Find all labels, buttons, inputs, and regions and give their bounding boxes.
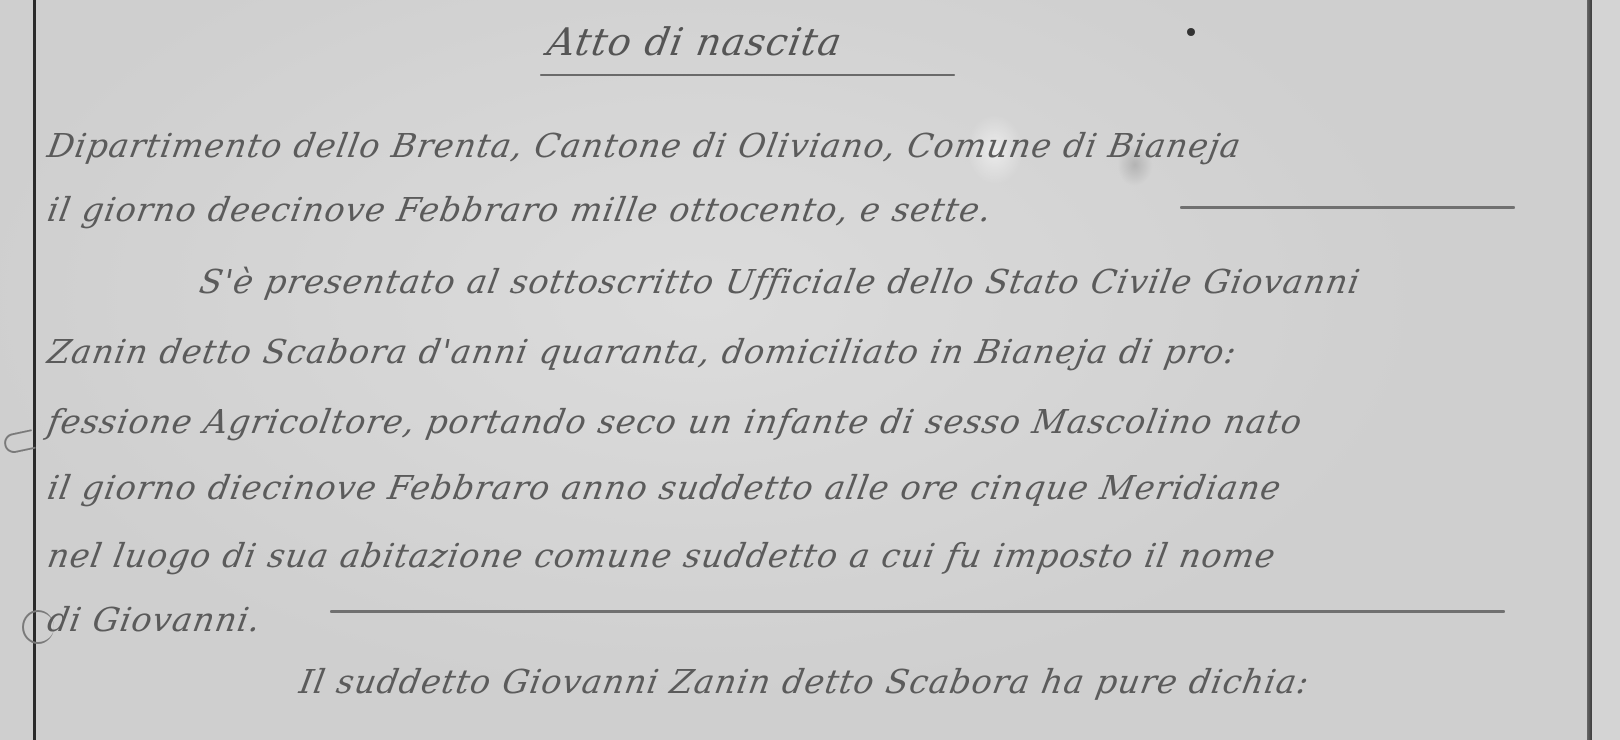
record-line-7: nel luogo di sua abitazione comune sudde… [45,536,1280,575]
ink-spot [1187,28,1195,36]
title-underline [540,74,955,76]
margin-mark [2,429,36,455]
record-line-8: di Giovanni. [45,600,265,639]
filler-rule [1180,206,1515,209]
record-line-2: il giorno deecinove Febbraro mille ottoc… [45,190,996,229]
record-line-4: Zanin detto Scabora d'anni quaranta, dom… [45,332,1241,371]
record-line-3: S'è presentato al sottoscritto Ufficiale… [197,262,1364,301]
record-line-6: il giorno diecinove Febbraro anno suddet… [45,468,1285,507]
record-line-1: Dipartimento dello Brenta, Cantone di Ol… [45,126,1245,165]
adjacent-page [1592,0,1620,740]
record-line-9: Il suddetto Giovanni Zanin detto Scabora… [297,662,1313,701]
scanned-document-page: Atto di nascita Dipartimento dello Brent… [0,0,1620,740]
filler-rule [330,610,1505,613]
record-line-5: fessione Agricoltore, portando seco un i… [45,402,1306,441]
document-title: Atto di nascita [544,20,846,64]
